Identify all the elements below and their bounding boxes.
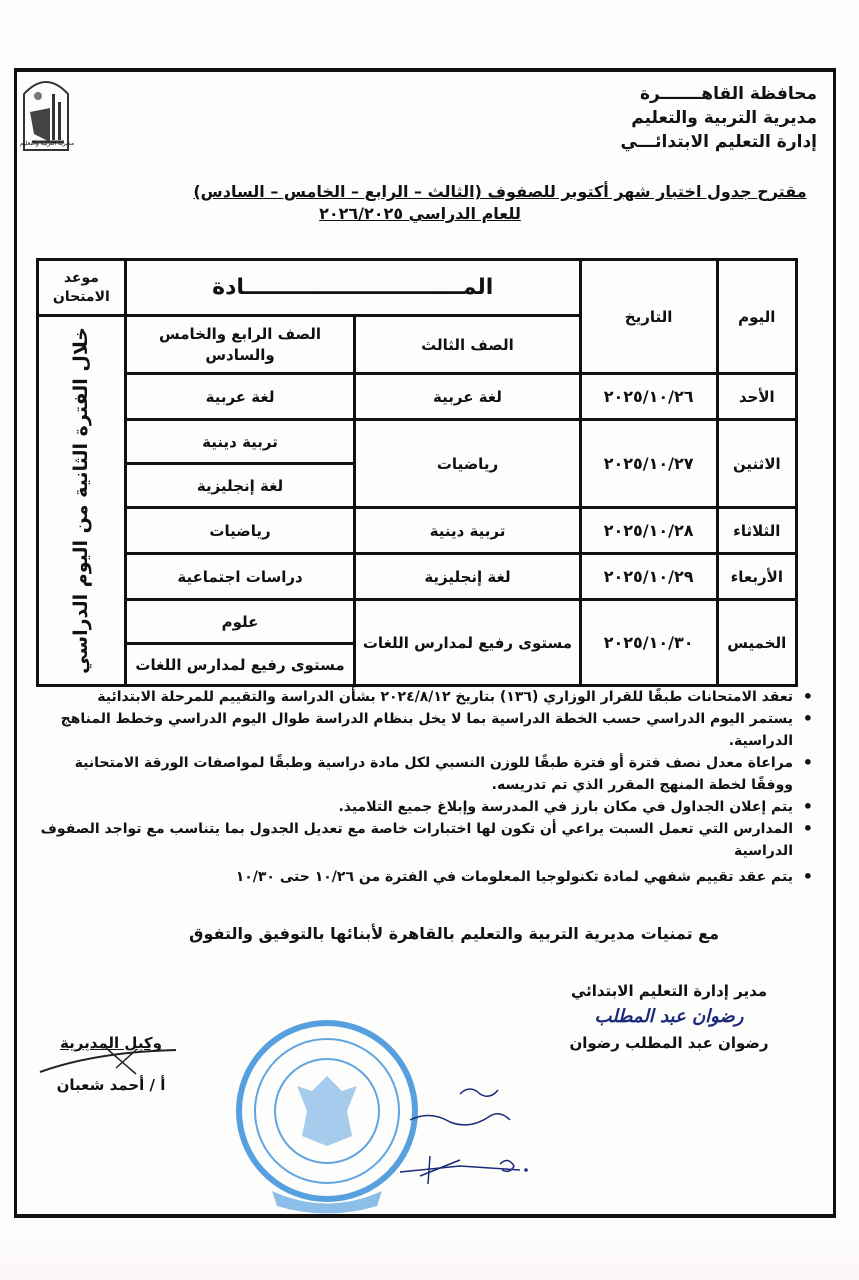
director-signature-block: مدير إدارة التعليم الابتدائي رضوان عبد ا…	[529, 982, 809, 1052]
note-item: المدارس التي تعمل السبت يراعي أن تكون له…	[37, 818, 817, 862]
date-cell: ٢٠٢٥/١٠/٢٦	[580, 374, 717, 420]
note-item: تعقد الامتحانات طبقًا للقرار الوزاري (١٣…	[37, 686, 817, 708]
administration-line: إدارة التعليم الابتدائـــي	[621, 130, 817, 154]
exam-schedule-table: اليوم التاريخ المـــــــــــــــــــــــ…	[36, 258, 798, 687]
day-cell: الأحد	[717, 374, 796, 420]
table-row-thursday: الخميس ٢٠٢٥/١٠/٣٠ مستوى رفيع لمدارس اللغ…	[38, 600, 797, 644]
note-item: يستمر اليوم الدراسي حسب الخطة الدراسية ب…	[37, 708, 817, 752]
governorate-line: محافظة القاهـــــــرة	[621, 82, 817, 106]
header-subject: المـــــــــــــــــــــــــــــادة	[125, 260, 580, 316]
header-day: اليوم	[717, 260, 796, 374]
director-handwritten-signature: رضوان عبد المطلب	[529, 1006, 809, 1032]
table-row-tuesday: الثلاثاء ٢٠٢٥/١٠/٢٨ تربية دينية رياضيات	[38, 508, 797, 554]
date-cell: ٢٠٢٥/١٠/٣٠	[580, 600, 717, 686]
grade456-subject: لغة عربية	[125, 374, 355, 420]
grade3-subject: تربية دينية	[355, 508, 580, 554]
grade456-subject: تربية دينية	[125, 420, 355, 464]
note-item: يتم إعلان الجداول في مكان بارز في المدرس…	[37, 796, 817, 818]
notes-list: تعقد الامتحانات طبقًا للقرار الوزاري (١٣…	[37, 686, 817, 888]
deputy-signature-block: وكيل المديرية أ / أحمد شعبان	[36, 1034, 186, 1094]
grade3-subject: مستوى رفيع لمدارس اللغات	[355, 600, 580, 686]
grade456-subject: علوم	[125, 600, 355, 644]
exam-time-value: خلال الفترة الثانية من اليوم الدراسي	[70, 327, 92, 674]
closing-wishes: مع تمنيات مديرية التربية والتعليم بالقاه…	[189, 924, 719, 943]
header-grade3: الصف الثالث	[355, 316, 580, 374]
day-cell: الاثنين	[717, 420, 796, 508]
header-row-1: اليوم التاريخ المـــــــــــــــــــــــ…	[38, 260, 797, 316]
director-name: رضوان عبد المطلب رضوان	[529, 1034, 809, 1052]
day-cell: الثلاثاء	[717, 508, 796, 554]
grade456-subject: لغة إنجليزية	[125, 464, 355, 508]
header-date: التاريخ	[580, 260, 717, 374]
note-item: مراعاة معدل نصف فترة أو فترة طبقًا للوزن…	[37, 752, 817, 796]
handwritten-approval-icon	[400, 1080, 550, 1190]
date-cell: ٢٠٢٥/١٠/٢٩	[580, 554, 717, 600]
deputy-name: أ / أحمد شعبان	[36, 1076, 186, 1094]
grade456-subject: دراسات اجتماعية	[125, 554, 355, 600]
table-row-sunday: الأحد ٢٠٢٥/١٠/٢٦ لغة عربية لغة عربية	[38, 374, 797, 420]
day-cell: الأربعاء	[717, 554, 796, 600]
issuing-authority: محافظة القاهـــــــرة مديرية التربية وال…	[621, 82, 817, 154]
table-row-wednesday: الأربعاء ٢٠٢٥/١٠/٢٩ لغة إنجليزية دراسات …	[38, 554, 797, 600]
directorate-line: مديرية التربية والتعليم	[621, 106, 817, 130]
header-exam-time: موعد الامتحان	[38, 260, 126, 316]
table-row-monday: الاثنين ٢٠٢٥/١٠/٢٧ رياضيات تربية دينية	[38, 420, 797, 464]
page-background-bottom	[0, 1225, 859, 1280]
grade3-subject: لغة إنجليزية	[355, 554, 580, 600]
official-stamp-icon	[232, 1016, 422, 1214]
document-title: مقترح جدول اختبار شهر أكتوبر للصفوف (الث…	[180, 182, 820, 201]
director-title: مدير إدارة التعليم الابتدائي	[529, 982, 809, 1000]
date-cell: ٢٠٢٥/١٠/٢٨	[580, 508, 717, 554]
logo-caption: مديرية التربية والتعليم	[14, 140, 80, 147]
exam-time-cell: خلال الفترة الثانية من اليوم الدراسي	[38, 316, 126, 686]
academic-year: للعام الدراسي ٢٠٢٦/٢٠٢٥	[160, 204, 680, 223]
note-item: يتم عقد تقييم شفهي لمادة تكنولوجيا المعل…	[37, 866, 817, 888]
grade3-subject: رياضيات	[355, 420, 580, 508]
header-grade456: الصف الرابع والخامس والسادس	[125, 316, 355, 374]
grade456-subject: مستوى رفيع لمدارس اللغات	[125, 644, 355, 686]
grade456-subject: رياضيات	[125, 508, 355, 554]
day-cell: الخميس	[717, 600, 796, 686]
grade3-subject: لغة عربية	[355, 374, 580, 420]
date-cell: ٢٠٢٥/١٠/٢٧	[580, 420, 717, 508]
